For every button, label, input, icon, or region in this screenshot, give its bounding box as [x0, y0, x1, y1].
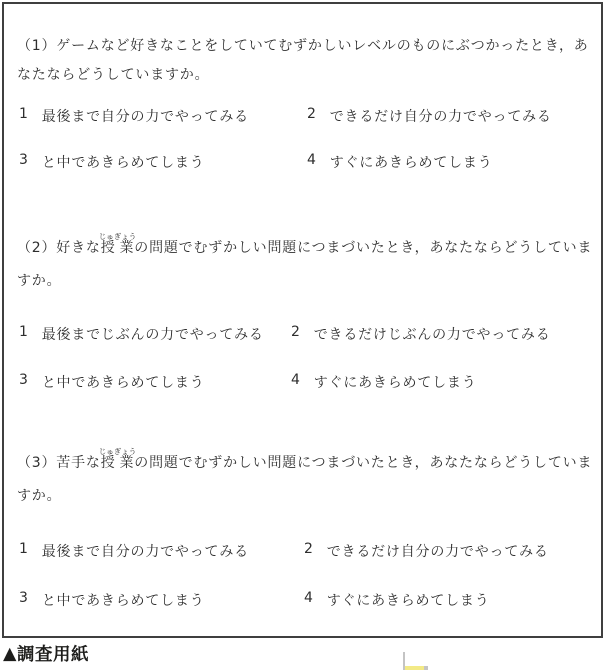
question-2-prompt: （2）好きな授業じゅぎょうの問題でむずかしい問題につまづいたとき，あなたならどう… [17, 232, 597, 298]
option-label: と中であきらめてしまう [42, 372, 205, 392]
option-label: できるだけ自分の力でやってみる [330, 106, 552, 126]
option-number: 4 [304, 590, 314, 610]
figure-caption: ▲調査用紙 [3, 641, 89, 666]
option-item: 4 すぐにあきらめてしまう [304, 590, 490, 610]
question-2-options-row-2: 3 と中であきらめてしまう 4 すぐにあきらめてしまう [17, 372, 597, 391]
cropped-element-fragment [402, 652, 428, 670]
option-label: 最後まで自分の力でやってみる [42, 541, 249, 561]
option-label: 最後まで自分の力でやってみる [42, 106, 249, 126]
option-item: 2 できるだけ自分の力でやってみる [307, 106, 552, 126]
figure-caption-text: 調査用紙 [17, 641, 89, 666]
option-item: 1 最後までじぶんの力でやってみる [19, 324, 264, 344]
option-number: 2 [291, 324, 301, 344]
option-label: すぐにあきらめてしまう [330, 152, 493, 172]
question-2-options-row-1: 1 最後までじぶんの力でやってみる 2 できるだけじぶんの力でやってみる [17, 324, 597, 343]
option-label: 最後までじぶんの力でやってみる [42, 324, 264, 344]
option-item: 3 と中であきらめてしまう [19, 152, 205, 172]
question-3-prompt: （3）苦手な授業じゅぎょうの問題でむずかしい問題につまづいたとき，あなたならどう… [17, 447, 597, 513]
option-number: 2 [304, 541, 314, 561]
question-3-options-row-2: 3 と中であきらめてしまう 4 すぐにあきらめてしまう [17, 590, 597, 609]
option-item: 3 と中であきらめてしまう [19, 372, 205, 392]
prompt-text-pre: （2）好きな [17, 240, 101, 256]
option-number: 3 [19, 152, 29, 172]
question-1-prompt: （1）ゲームなど好きなことをしていてむずかしいレベルのものにぶつかったとき，あな… [17, 32, 597, 90]
ruby-word: 授業じゅぎょう [101, 240, 135, 256]
survey-form-box: （1）ゲームなど好きなことをしていてむずかしいレベルのものにぶつかったとき，あな… [2, 2, 603, 638]
option-number: 2 [307, 106, 317, 126]
prompt-text-pre: （1）ゲームなど好きなことをしていてむずかしいレベルのものにぶつかったとき，あな… [17, 38, 589, 83]
ruby-base: 授業 [99, 455, 137, 471]
option-label: できるだけ自分の力でやってみる [327, 541, 549, 561]
ruby-base: 授業 [99, 240, 137, 256]
question-3-options-row-1: 1 最後まで自分の力でやってみる 2 できるだけ自分の力でやってみる [17, 541, 597, 560]
option-number: 1 [19, 106, 29, 126]
fragment-gray-cap [424, 666, 428, 670]
question-1-options-row-2: 3 と中であきらめてしまう 4 すぐにあきらめてしまう [17, 152, 597, 171]
option-item: 1 最後まで自分の力でやってみる [19, 541, 249, 561]
fragment-yellow-bar [405, 666, 424, 670]
prompt-text-pre: （3）苦手な [17, 455, 101, 471]
triangle-marker-icon: ▲ [3, 644, 17, 664]
option-item: 3 と中であきらめてしまう [19, 590, 205, 610]
option-number: 4 [307, 152, 317, 172]
option-item: 2 できるだけ自分の力でやってみる [304, 541, 549, 561]
option-number: 1 [19, 541, 29, 561]
question-1-options-row-1: 1 最後まで自分の力でやってみる 2 できるだけ自分の力でやってみる [17, 106, 597, 125]
option-number: 3 [19, 372, 29, 392]
option-label: と中であきらめてしまう [42, 152, 205, 172]
option-number: 1 [19, 324, 29, 344]
option-label: すぐにあきらめてしまう [327, 590, 490, 610]
ruby-furigana: じゅぎょう [99, 232, 137, 241]
option-item: 2 できるだけじぶんの力でやってみる [291, 324, 551, 344]
option-number: 3 [19, 590, 29, 610]
option-item: 4 すぐにあきらめてしまう [291, 372, 477, 392]
ruby-furigana: じゅぎょう [99, 447, 137, 456]
option-label: すぐにあきらめてしまう [314, 372, 477, 392]
option-label: できるだけじぶんの力でやってみる [314, 324, 551, 344]
option-item: 1 最後まで自分の力でやってみる [19, 106, 249, 126]
option-item: 4 すぐにあきらめてしまう [307, 152, 493, 172]
option-number: 4 [291, 372, 301, 392]
ruby-word: 授業じゅぎょう [101, 455, 135, 471]
option-label: と中であきらめてしまう [42, 590, 205, 610]
